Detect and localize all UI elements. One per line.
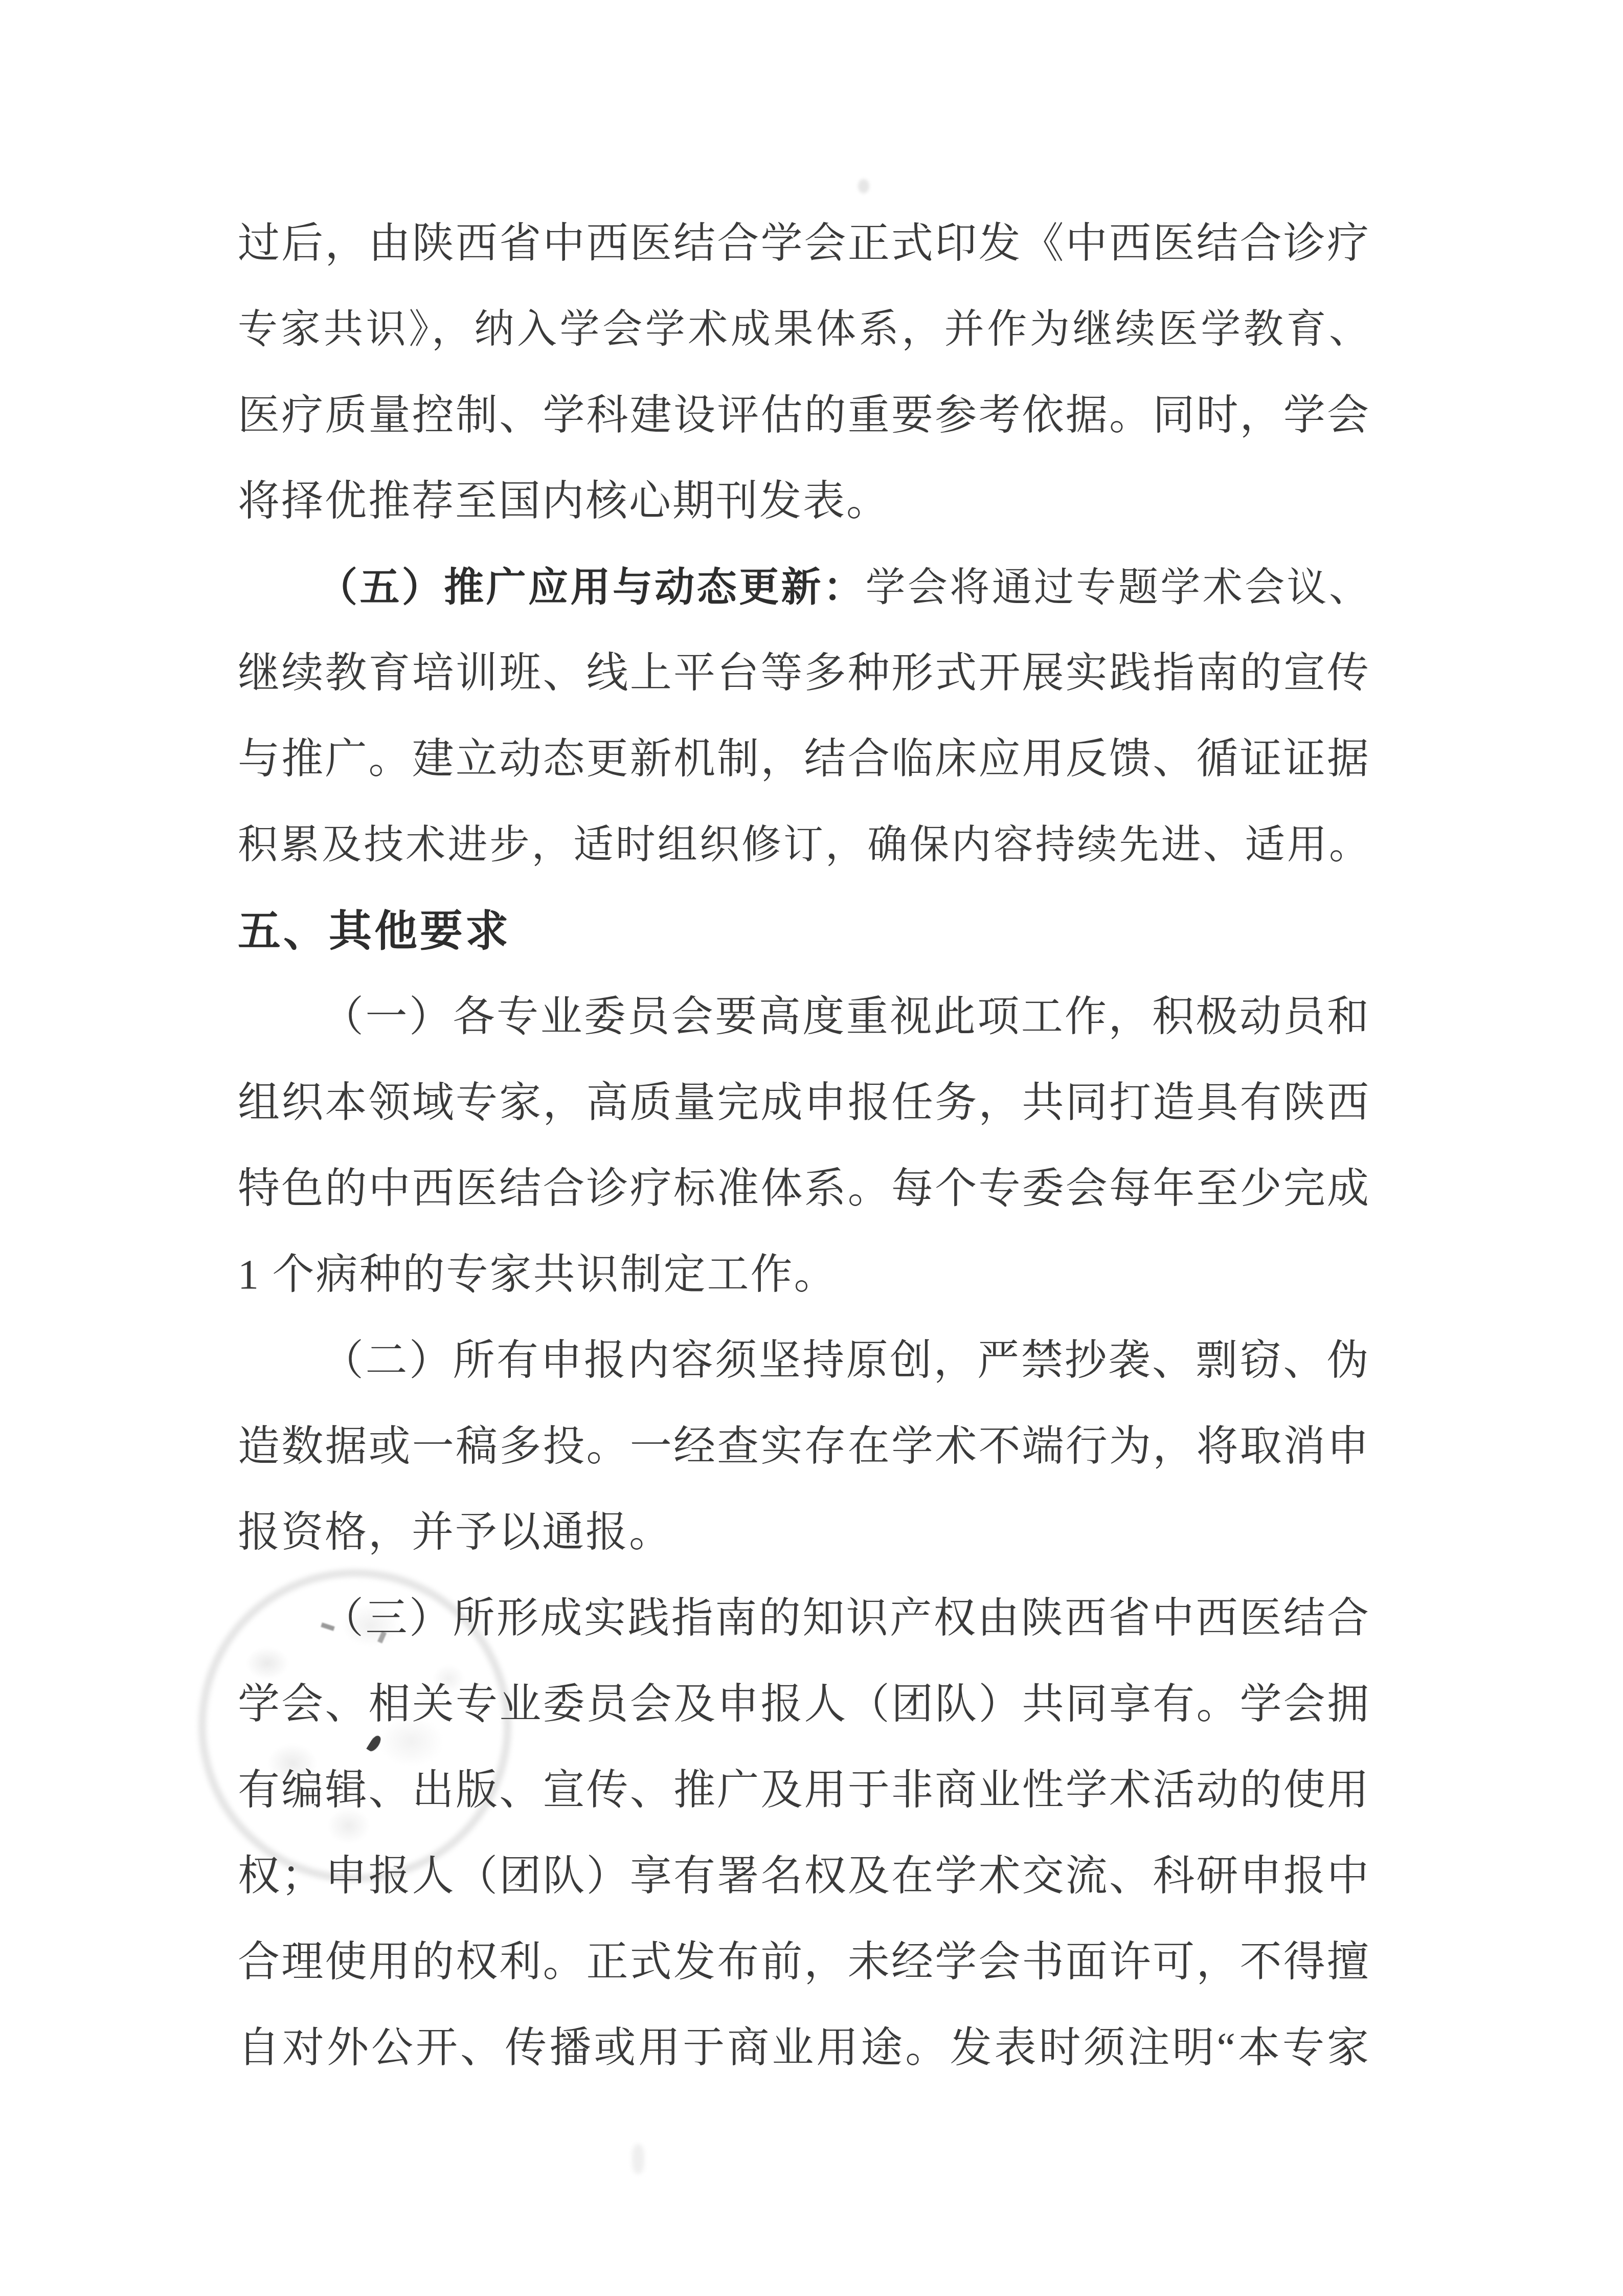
text-line: 合理使用的权利。正式发布前，未经学会书面许可，不得擅 <box>238 1919 1369 2005</box>
text-line: 组织本领域专家，高质量完成申报任务，共同打造具有陕西 <box>238 1060 1369 1146</box>
text-line: 将择优推荐至国内核心期刊发表。 <box>238 458 1369 544</box>
text-line: 权；申报人（团队）享有署名权及在学术交流、科研申报中 <box>238 1833 1369 1919</box>
document-page: 过后，由陕西省中西医结合学会正式印发《中西医结合诊疗 专家共识》，纳入学会学术成… <box>0 0 1623 2296</box>
scan-smudge <box>632 2144 644 2174</box>
text-line: 特色的中西医结合诊疗标准体系。每个专委会每年至少完成 <box>238 1146 1369 1232</box>
text-line: （一）各专业委员会要高度重视此项工作，积极动员和 <box>238 974 1369 1060</box>
bold-run: （五）推广应用与动态更新： <box>318 565 865 610</box>
text-line: 过后，由陕西省中西医结合学会正式印发《中西医结合诊疗 <box>238 200 1369 286</box>
text-line: （二）所有申报内容须坚持原创，严禁抄袭、剽窃、伪 <box>238 1318 1369 1403</box>
text-line: 与推广。建立动态更新机制，结合临床应用反馈、循证证据 <box>238 716 1369 802</box>
text-line: 学会、相关专业委员会及申报人（团队）共同享有。学会拥 <box>238 1661 1369 1747</box>
text-line: 继续教育培训班、线上平台等多种形式开展实践指南的宣传 <box>238 630 1369 716</box>
text-line: 1 个病种的专家共识制定工作。 <box>238 1232 1369 1318</box>
text-line: 医疗质量控制、学科建设评估的重要参考依据。同时，学会 <box>238 372 1369 458</box>
text-line: 有编辑、出版、宣传、推广及用于非商业性学术活动的使用 <box>238 1747 1369 1833</box>
text-line: 造数据或一稿多投。一经查实存在学术不端行为，将取消申 <box>238 1403 1369 1489</box>
text-line: 专家共识》，纳入学会学术成果体系，并作为继续医学教育、 <box>238 286 1369 372</box>
text-line: （三）所形成实践指南的知识产权由陕西省中西医结合 <box>238 1575 1369 1661</box>
text-line-with-bold-lead: （五）推广应用与动态更新：学会将通过专题学术会议、 <box>238 544 1369 630</box>
text-line: 积累及技术进步，适时组织修订，确保内容持续先进、适用。 <box>238 802 1369 888</box>
text-run: 学会将通过专题学术会议、 <box>865 565 1369 610</box>
text-line: 自对外公开、传播或用于商业用途。发表时须注明“本专家 <box>238 2005 1369 2091</box>
text-line: 报资格，并予以通报。 <box>238 1489 1369 1575</box>
scan-smudge <box>858 179 869 193</box>
section-heading: 五、其他要求 <box>238 888 1369 974</box>
body-text-block: 过后，由陕西省中西医结合学会正式印发《中西医结合诊疗 专家共识》，纳入学会学术成… <box>238 200 1369 2091</box>
